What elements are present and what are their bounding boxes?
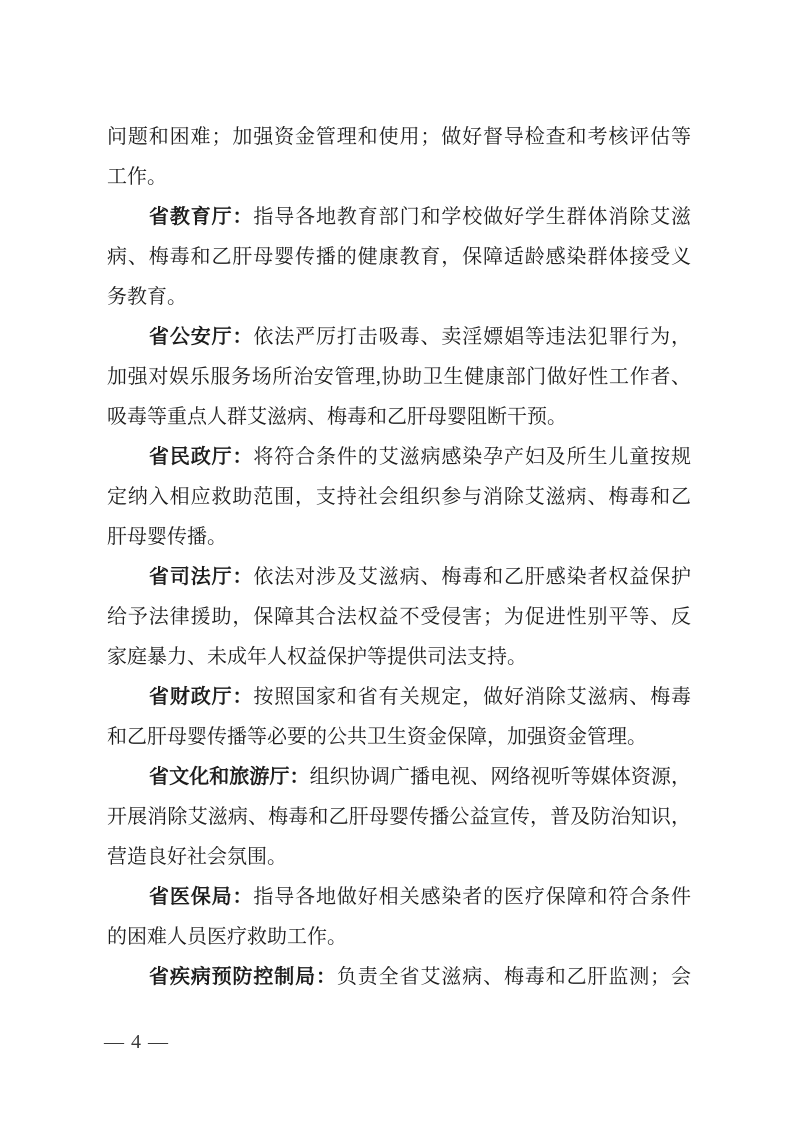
text-line: 省文化和旅游厅：组织协调广播电视、网络视听等媒体资源，	[107, 757, 691, 797]
line-text: 组织协调广播电视、网络视听等媒体资源，	[310, 766, 691, 788]
line-text: 将符合条件的艾滋病感染孕产妇及所生儿童按规	[253, 446, 691, 468]
text-line: 省教育厅：指导各地教育部门和学校做好学生群体消除艾滋	[107, 197, 691, 237]
text-line: 加强对娱乐服务场所治安管理,协助卫生健康部门做好性工作者、	[107, 357, 691, 397]
document-body: 问题和困难；加强资金管理和使用；做好督导检查和考核评估等 工作。 省教育厅：指导…	[107, 117, 691, 997]
department-name: 省教育厅：	[149, 206, 253, 228]
text-line: 定纳入相应救助范围，支持社会组织参与消除艾滋病、梅毒和乙	[107, 477, 691, 517]
text-line: 工作。	[107, 157, 691, 197]
text-line: 吸毒等重点人群艾滋病、梅毒和乙肝母婴阻断干预。	[107, 397, 691, 437]
text-line: 病、梅毒和乙肝母婴传播的健康教育，保障适龄感染群体接受义	[107, 237, 691, 277]
line-text: 家庭暴力、未成年人权益保护等提供司法支持。	[107, 646, 527, 668]
line-text: 工作。	[107, 166, 167, 188]
text-line: 的困难人员医疗救助工作。	[107, 917, 691, 957]
line-text: 依法严厉打击吸毒、卖淫嫖娼等违法犯罪行为，	[253, 326, 691, 348]
document-page: 问题和困难；加强资金管理和使用；做好督导检查和考核评估等 工作。 省教育厅：指导…	[0, 0, 793, 1122]
line-text: 和乙肝母婴传播等必要的公共卫生资金保障，加强资金管理。	[107, 726, 647, 748]
text-line: 省财政厅：按照国家和省有关规定，做好消除艾滋病、梅毒	[107, 677, 691, 717]
line-text: 定纳入相应救助范围，支持社会组织参与消除艾滋病、梅毒和乙	[107, 486, 691, 508]
line-text: 吸毒等重点人群艾滋病、梅毒和乙肝母婴阻断干预。	[107, 406, 567, 428]
text-line: 省民政厅：将符合条件的艾滋病感染孕产妇及所生儿童按规	[107, 437, 691, 477]
department-name: 省医保局：	[149, 886, 253, 908]
line-text: 加强对娱乐服务场所治安管理,协助卫生健康部门做好性工作者、	[107, 366, 691, 388]
text-line: 营造良好社会氛围。	[107, 837, 691, 877]
line-text: 指导各地做好相关感染者的医疗保障和符合条件	[253, 886, 691, 908]
text-line: 务教育。	[107, 277, 691, 317]
line-text: 负责全省艾滋病、梅毒和乙肝监测；会	[337, 966, 691, 988]
text-line: 省公安厅：依法严厉打击吸毒、卖淫嫖娼等违法犯罪行为，	[107, 317, 691, 357]
department-name: 省财政厅：	[149, 686, 253, 708]
line-text: 问题和困难；加强资金管理和使用；做好督导检查和考核评估等	[107, 126, 691, 148]
department-name: 省民政厅：	[149, 446, 253, 468]
line-text: 按照国家和省有关规定，做好消除艾滋病、梅毒	[253, 686, 691, 708]
text-line: 给予法律援助，保障其合法权益不受侵害；为促进性别平等、反	[107, 597, 691, 637]
text-line: 省司法厅：依法对涉及艾滋病、梅毒和乙肝感染者权益保护	[107, 557, 691, 597]
text-line: 家庭暴力、未成年人权益保护等提供司法支持。	[107, 637, 691, 677]
line-text: 开展消除艾滋病、梅毒和乙肝母婴传播公益宣传，普及防治知识，	[107, 806, 691, 828]
text-line: 问题和困难；加强资金管理和使用；做好督导检查和考核评估等	[107, 117, 691, 157]
page-number: — 4 —	[104, 1030, 169, 1054]
text-line: 省疾病预防控制局：负责全省艾滋病、梅毒和乙肝监测；会	[107, 957, 691, 997]
text-line: 开展消除艾滋病、梅毒和乙肝母婴传播公益宣传，普及防治知识，	[107, 797, 691, 837]
line-text: 给予法律援助，保障其合法权益不受侵害；为促进性别平等、反	[107, 606, 691, 628]
line-text: 肝母婴传播。	[107, 526, 227, 548]
line-text: 指导各地教育部门和学校做好学生群体消除艾滋	[253, 206, 691, 228]
department-name: 省疾病预防控制局：	[149, 966, 337, 988]
line-text: 病、梅毒和乙肝母婴传播的健康教育，保障适龄感染群体接受义	[107, 246, 691, 268]
department-name: 省公安厅：	[149, 326, 253, 348]
text-line: 肝母婴传播。	[107, 517, 691, 557]
text-line: 省医保局：指导各地做好相关感染者的医疗保障和符合条件	[107, 877, 691, 917]
line-text: 依法对涉及艾滋病、梅毒和乙肝感染者权益保护	[253, 566, 691, 588]
department-name: 省司法厅：	[149, 566, 253, 588]
department-name: 省文化和旅游厅：	[149, 766, 310, 788]
line-text: 营造良好社会氛围。	[107, 846, 287, 868]
line-text: 的困难人员医疗救助工作。	[107, 926, 347, 948]
line-text: 务教育。	[107, 286, 187, 308]
text-line: 和乙肝母婴传播等必要的公共卫生资金保障，加强资金管理。	[107, 717, 691, 757]
